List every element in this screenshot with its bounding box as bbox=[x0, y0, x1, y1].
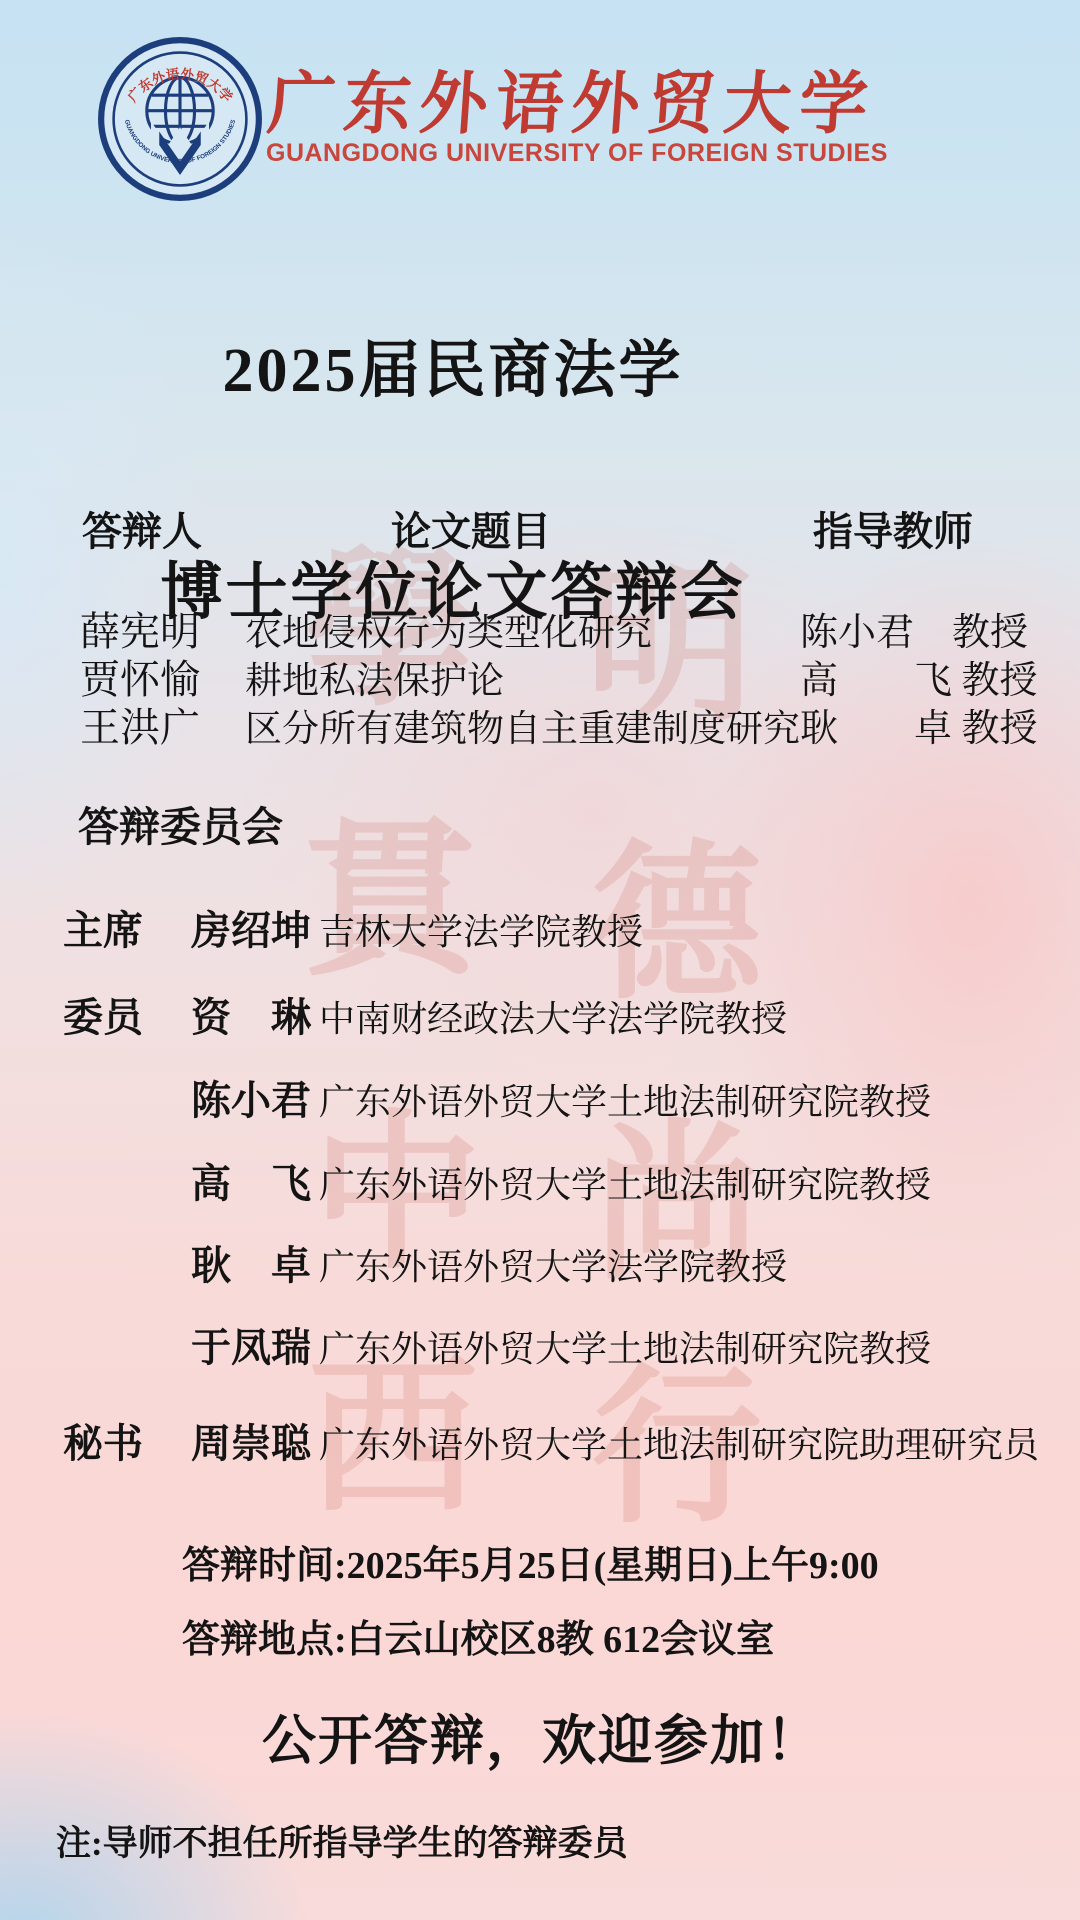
committee-role: 主席 bbox=[63, 899, 191, 956]
column-header-defender: 答辩人 bbox=[82, 500, 202, 557]
defense-announcement-poster: 學 貫 中 西 明 德 尚 行 广东外语外贸大学 bbox=[0, 0, 1080, 1920]
column-header-thesis: 论文题目 bbox=[391, 500, 551, 557]
committee-row: 高 飞广东外语外贸大学土地法制研究院教授 bbox=[47, 1134, 1080, 1227]
advisor-name: 耿 卓 教授 bbox=[800, 697, 1038, 752]
committee-member-name: 陈小君 bbox=[191, 1069, 319, 1126]
committee-role: 委员 bbox=[63, 986, 191, 1043]
footnote: 注:导师不担任所指导学生的答辩委员 bbox=[56, 1816, 628, 1866]
committee-member-name: 于凤瑞 bbox=[191, 1316, 319, 1373]
committee-row: 主席房绍坤吉林大学法学院教授 bbox=[47, 881, 1080, 974]
committee-role: 秘书 bbox=[63, 1412, 191, 1469]
committee-member-name: 周崇聪 bbox=[191, 1412, 319, 1469]
committee-member-name: 房绍坤 bbox=[191, 899, 319, 956]
committee-row: 陈小君广东外语外贸大学土地法制研究院教授 bbox=[47, 1051, 1080, 1144]
committee-row: 耿 卓广东外语外贸大学法学院教授 bbox=[47, 1216, 1080, 1309]
column-header-advisor: 指导教师 bbox=[813, 500, 973, 557]
committee-member-affiliation: 广东外语外贸大学土地法制研究院教授 bbox=[319, 1329, 931, 1369]
defense-time: 答辩时间:2025年5月25日(星期日)上午9:00 bbox=[182, 1534, 879, 1589]
committee-member-affiliation: 广东外语外贸大学土地法制研究院教授 bbox=[319, 1082, 931, 1122]
committee-member-affiliation: 广东外语外贸大学法学院教授 bbox=[319, 1247, 787, 1287]
defender-name: 王洪广 bbox=[80, 696, 200, 753]
university-name-cn: 广东外语外贸大学 bbox=[265, 50, 880, 147]
table-row: 贾怀愉 耕地私法保护论 高 飞 教授 bbox=[0, 648, 1080, 695]
committee-member-affiliation: 中南财经政法大学法学院教授 bbox=[319, 999, 787, 1039]
committee-member-affiliation: 广东外语外贸大学土地法制研究院教授 bbox=[319, 1165, 931, 1205]
university-seal: 广东外语外贸大学 GUANGDONG UNIVERSITY OF FOREIGN… bbox=[97, 36, 263, 202]
committee-heading: 答辩委员会 bbox=[78, 794, 283, 853]
committee-member-name: 资 琳 bbox=[191, 986, 319, 1043]
committee-member-name: 耿 卓 bbox=[191, 1234, 319, 1291]
thesis-title: 区分所有建筑物自主重建制度研究 bbox=[245, 698, 800, 752]
committee-row: 委员资 琳中南财经政法大学法学院教授 bbox=[47, 968, 1080, 1061]
committee-row: 秘书周崇聪广东外语外贸大学土地法制研究院助理研究员 bbox=[47, 1394, 1080, 1487]
committee-member-name: 高 飞 bbox=[191, 1152, 319, 1209]
poster-title-line1: 2025届民商法学 bbox=[0, 334, 906, 408]
table-row: 薛宪明 农地侵权行为类型化研究 陈小君 教授 bbox=[0, 600, 1080, 647]
committee-member-affiliation: 吉林大学法学院教授 bbox=[319, 912, 643, 952]
defense-location: 答辩地点:白云山校区8教 612会议室 bbox=[182, 1608, 774, 1663]
committee-member-affiliation: 广东外语外贸大学土地法制研究院助理研究员 bbox=[319, 1425, 1039, 1465]
table-row: 王洪广 区分所有建筑物自主重建制度研究 耿 卓 教授 bbox=[0, 696, 1080, 743]
committee-row: 于凤瑞广东外语外贸大学土地法制研究院教授 bbox=[47, 1298, 1080, 1391]
university-seal-icon: 广东外语外贸大学 GUANGDONG UNIVERSITY OF FOREIGN… bbox=[97, 36, 263, 202]
welcome-line: 公开答辩，欢迎参加！ bbox=[262, 1698, 822, 1775]
university-name-en: GUANGDONG UNIVERSITY OF FOREIGN STUDIES bbox=[266, 139, 888, 168]
